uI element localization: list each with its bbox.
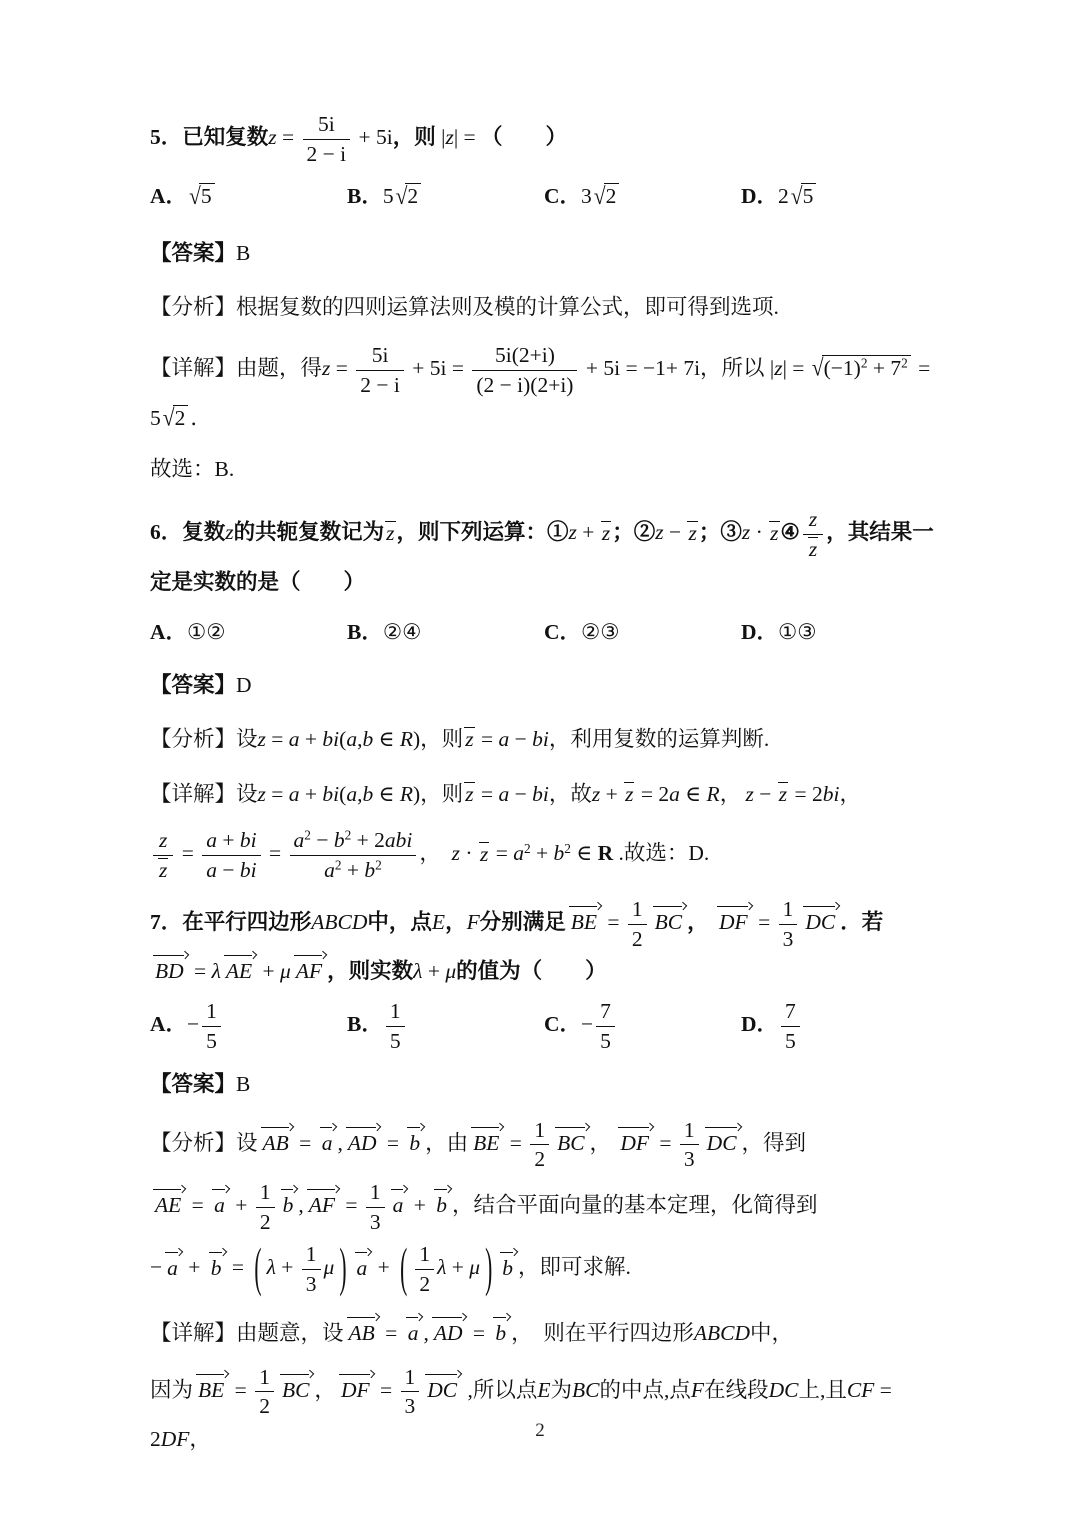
question-5-conclusion: 故选：B. [150, 449, 938, 491]
question-7-answer-line: 【答案】B [150, 1064, 938, 1106]
option-c: C．−75 [544, 999, 741, 1053]
answer-value: B [236, 241, 250, 265]
question-7-stem: 7．在平行四边形ABCD中，点E，F分别满足BE = 12BC， DF = 13… [150, 897, 938, 993]
answer-label: 【答案】 [150, 1072, 236, 1096]
document-page: 5．已知复数z = 5i2 − i + 5i，则 |z| = （ ） A．√5 … [0, 0, 1080, 1527]
option-c: C．②③ [544, 612, 741, 653]
answer-label: 【答案】 [150, 241, 236, 265]
option-a: A．−15 [150, 999, 347, 1053]
question-6-detail-line-2: zz = a + bia − bi = a2 − b2 + 2abia2 + b… [150, 828, 938, 882]
answer-value: B [236, 1072, 250, 1096]
question-6-detail-line-1: 【详解】设z = a + bi(a,b ∈ R)，则z = a − bi，故z … [150, 774, 938, 816]
question-6-analysis: 【分析】设z = a + bi(a,b ∈ R)，则z = a − bi，利用复… [150, 719, 938, 761]
question-5-detail: 【详解】由题，得z = 5i2 − i + 5i = 5i(2+i)(2 − i… [150, 343, 938, 439]
option-d: D．75 [741, 999, 938, 1053]
option-b: B．15 [347, 999, 544, 1053]
option-b: B．5√2 [347, 176, 544, 217]
question-7-analysis-line-2: AE = a + 12b,AF = 13a + b，结合平面向量的基本定理，化简… [150, 1180, 938, 1234]
option-a: A．①② [150, 612, 347, 653]
option-c: C．3√2 [544, 176, 741, 217]
answer-label: 【答案】 [150, 673, 236, 697]
page-content: 5．已知复数z = 5i2 − i + 5i，则 |z| = （ ） A．√5 … [150, 112, 938, 1461]
option-d: D．①③ [741, 612, 938, 653]
option-a: A．√5 [150, 176, 347, 217]
question-6-stem: 6．复数z的共轭复数记为z，则下列运算：①z + z；②z − z；③z · z… [150, 507, 938, 603]
question-5-options: A．√5 B．5√2 C．3√2 D．2√5 [150, 176, 938, 217]
question-6-options: A．①② B．②④ C．②③ D．①③ [150, 612, 938, 653]
question-5-stem: 5．已知复数z = 5i2 − i + 5i，则 |z| = （ ） [150, 112, 938, 166]
page-number: 2 [0, 1420, 1080, 1442]
answer-value: D [236, 673, 252, 697]
question-7-options: A．−15 B．15 C．−75 D．75 [150, 999, 938, 1053]
question-7-analysis-line-3: −a + b = (λ + 13μ)a + (12λ + μ)b，即可求解. [150, 1242, 938, 1296]
question-5-answer-line: 【答案】B [150, 233, 938, 275]
option-d: D．2√5 [741, 176, 938, 217]
question-7-detail-line-1: 【详解】由题意，设AB = a,AD = b， 则在平行四边形ABCD中， [150, 1313, 938, 1355]
question-7-detail-line-2: 因为BE = 12BC，DF = 13DC ,所以点E为BC的中点,点F在线段D… [150, 1365, 938, 1461]
question-7-analysis-line-1: 【分析】设AB = a,AD = b，由BE = 12BC， DF = 13DC… [150, 1118, 938, 1172]
option-b: B．②④ [347, 612, 544, 653]
question-6-answer-line: 【答案】D [150, 665, 938, 707]
question-5-analysis: 【分析】根据复数的四则运算法则及模的计算公式，即可得到选项. [150, 287, 938, 329]
